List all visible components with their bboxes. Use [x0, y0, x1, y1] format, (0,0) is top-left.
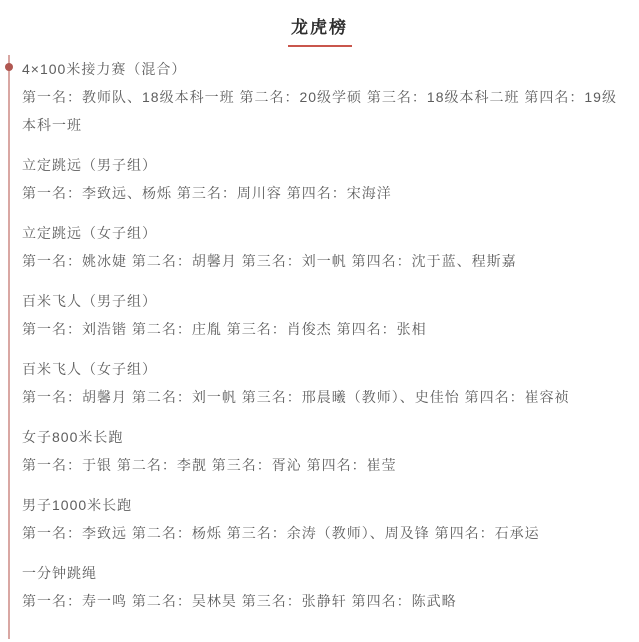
page-title: 龙虎榜	[0, 0, 639, 38]
event-results: 第一名：于银 第二名：李靓 第三名：胥沁 第四名：崔莹	[22, 451, 621, 479]
event-section: 立定跳远（男子组） 第一名：李致远、杨烁 第三名：周川容 第四名：宋海洋	[22, 151, 621, 207]
event-results: 第一名：胡馨月 第二名：刘一帆 第三名：邢晨曦（教师）、史佳怡 第四名：崔容祯	[22, 383, 621, 411]
event-results: 第一名：姚冰婕 第二名：胡馨月 第三名：刘一帆 第四名：沈于蓝、程斯嘉	[22, 247, 621, 275]
event-title: 百米飞人（男子组）	[22, 287, 621, 315]
event-title: 4×100米接力赛（混合）	[22, 55, 621, 83]
timeline: 4×100米接力赛（混合） 第一名：教师队、18级本科一班 第二名：20级学硕 …	[8, 55, 639, 641]
event-section: 男子1000米长跑 第一名：李致远 第二名：杨烁 第三名：余涛（教师）、周及锋 …	[22, 491, 621, 547]
event-section: 百米飞人（女子组） 第一名：胡馨月 第二名：刘一帆 第三名：邢晨曦（教师）、史佳…	[22, 355, 621, 411]
timeline-line	[8, 55, 10, 639]
event-title: 立定跳远（女子组）	[22, 219, 621, 247]
event-results: 第一名：李致远 第二名：杨烁 第三名：余涛（教师）、周及锋 第四名：石承运	[22, 519, 621, 547]
bullet-dot-icon	[5, 63, 13, 71]
event-section: 女子800米长跑 第一名：于银 第二名：李靓 第三名：胥沁 第四名：崔莹	[22, 423, 621, 479]
event-list: 4×100米接力赛（混合） 第一名：教师队、18级本科一班 第二名：20级学硕 …	[22, 55, 621, 615]
event-title: 女子800米长跑	[22, 423, 621, 451]
event-section: 4×100米接力赛（混合） 第一名：教师队、18级本科一班 第二名：20级学硕 …	[22, 55, 621, 139]
event-title: 百米飞人（女子组）	[22, 355, 621, 383]
event-title: 男子1000米长跑	[22, 491, 621, 519]
event-section: 百米飞人（男子组） 第一名：刘浩锴 第二名：庄胤 第三名：肖俊杰 第四名：张相	[22, 287, 621, 343]
event-title: 立定跳远（男子组）	[22, 151, 621, 179]
title-underline	[288, 45, 352, 47]
event-results: 第一名：李致远、杨烁 第三名：周川容 第四名：宋海洋	[22, 179, 621, 207]
article-page: 龙虎榜 4×100米接力赛（混合） 第一名：教师队、18级本科一班 第二名：20…	[0, 0, 639, 642]
event-section: 一分钟跳绳 第一名：寿一鸣 第二名：吴林昊 第三名：张静轩 第四名：陈武略	[22, 559, 621, 615]
event-results: 第一名：寿一鸣 第二名：吴林昊 第三名：张静轩 第四名：陈武略	[22, 587, 621, 615]
event-results: 第一名：刘浩锴 第二名：庄胤 第三名：肖俊杰 第四名：张相	[22, 315, 621, 343]
event-section: 立定跳远（女子组） 第一名：姚冰婕 第二名：胡馨月 第三名：刘一帆 第四名：沈于…	[22, 219, 621, 275]
event-title: 一分钟跳绳	[22, 559, 621, 587]
event-results: 第一名：教师队、18级本科一班 第二名：20级学硕 第三名：18级本科二班 第四…	[22, 83, 621, 139]
